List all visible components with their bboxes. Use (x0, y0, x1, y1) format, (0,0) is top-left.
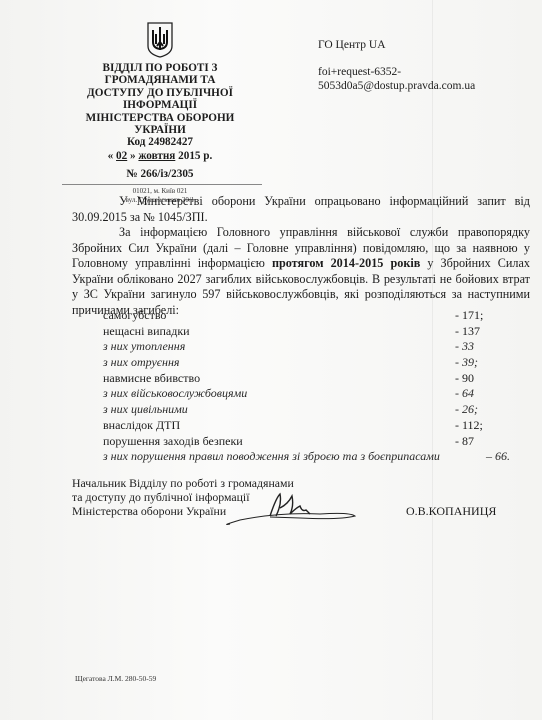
org-line: УКРАЇНИ (62, 124, 258, 136)
registration-number: № 266/із/2305 (62, 167, 258, 181)
cause-label: навмисне вбивство (103, 371, 200, 387)
cause-label: нещасні випадки (103, 324, 190, 340)
cause-row: внаслідок ДТП- 112; (103, 418, 523, 434)
cause-row: з них цивільними- 26; (103, 402, 523, 418)
cause-row: самогубство- 171; (103, 308, 523, 324)
letter-date: « 02 » жовтня 2015 р. (62, 149, 258, 163)
cause-count: - 26; (455, 402, 478, 418)
cause-row: навмисне вбивство- 90 (103, 371, 523, 387)
cause-row: нещасні випадки- 137 (103, 324, 523, 340)
date-year: 2015 р. (178, 150, 212, 162)
signatory-name: О.В.КОПАНИЦЯ (406, 504, 496, 519)
cause-count: - 137 (455, 324, 480, 340)
cause-row: з них утоплення- 33 (103, 339, 523, 355)
cause-label: самогубство (103, 308, 166, 324)
paragraph-2: За інформацією Головного управління війс… (72, 225, 530, 318)
date-month: жовтня (138, 150, 175, 162)
org-line: ДОСТУПУ ДО ПУБЛІЧНОЇ (62, 87, 258, 99)
paragraph-1: У Міністерстві оборони України опрацьова… (72, 194, 530, 225)
sender-header: ВІДДІЛ ПО РОБОТІ З ГРОМАДЯНАМИ ТА ДОСТУП… (62, 22, 258, 204)
recipient-email-line: foi+request-6352- (318, 65, 475, 79)
recipient-email-line: 5053d0a5@dostup.pravda.com.ua (318, 79, 475, 93)
cause-count: - 171; (455, 308, 483, 324)
letter-body: У Міністерстві оборони України опрацьова… (72, 194, 530, 318)
cause-row: з них порушення правил поводження зі збр… (103, 449, 523, 465)
cause-label: з них порушення правил поводження зі збр… (103, 449, 440, 465)
cause-row: з них військовослужбовцями- 64 (103, 386, 523, 402)
cause-label: внаслідок ДТП (103, 418, 180, 434)
causes-list: самогубство- 171;нещасні випадки- 137з н… (103, 308, 523, 465)
org-code: Код 24982427 (62, 136, 258, 149)
cause-count: - 87 (455, 434, 474, 450)
cause-count: - 33 (455, 339, 474, 355)
cause-label: з них утоплення (103, 339, 185, 355)
cause-count: - 90 (455, 371, 474, 387)
org-line: ВІДДІЛ ПО РОБОТІ З (62, 62, 258, 74)
letter-page: ВІДДІЛ ПО РОБОТІ З ГРОМАДЯНАМИ ТА ДОСТУП… (0, 0, 542, 720)
recipient-block: ГО Центр UA foi+request-6352- 5053d0a5@d… (318, 38, 475, 93)
recipient-name: ГО Центр UA (318, 38, 475, 52)
org-line: ГРОМАДЯНАМИ ТА (62, 74, 258, 86)
cause-label: з них військовослужбовцями (103, 386, 247, 402)
trident-coat-of-arms-icon (147, 22, 173, 58)
cause-label: з них отруєння (103, 355, 180, 371)
cause-count: - 112; (455, 418, 483, 434)
cause-row: порушення заходів безпеки- 87 (103, 434, 523, 450)
cause-count: - 39; (455, 355, 478, 371)
handwritten-signature (210, 490, 360, 530)
org-line: МІНІСТЕРСТВА ОБОРОНИ (62, 112, 258, 124)
cause-row: з них отруєння- 39; (103, 355, 523, 371)
org-line: ІНФОРМАЦІЇ (62, 99, 258, 111)
cause-count: - 64 (455, 386, 474, 402)
cause-label: порушення заходів безпеки (103, 434, 243, 450)
period-highlight: протягом 2014-2015 років (272, 256, 420, 270)
header-divider (62, 184, 262, 185)
cause-label: з них цивільними (103, 402, 188, 418)
cause-count: – 66. (486, 449, 510, 465)
date-day: 02 (116, 150, 127, 162)
executor-info: Щегатова Л.М. 280-50-59 (75, 674, 156, 683)
